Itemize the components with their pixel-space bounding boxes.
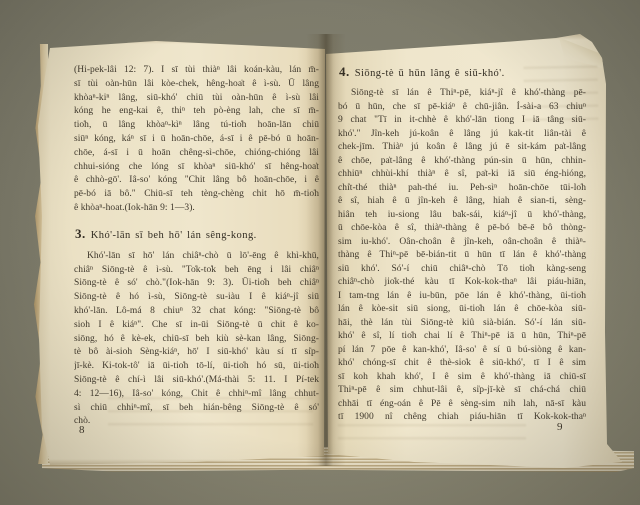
right-page-text: 4.Siōng-tè ū hūn lâng ê siū-khó'. Siōng-… (338, 63, 586, 425)
text-line: chò. (74, 415, 319, 429)
text-line: khó' ê sî, lí tio̍h chai lí ê Thiⁿ-pē iā… (338, 330, 586, 344)
text-line: siūⁿ kóng, káⁿ sī i ū hoān-chōe, á-sī i … (74, 133, 319, 147)
text-line: chek-jīm. Thiàⁿ jú koân ê lâng jú ē sit-… (338, 141, 586, 155)
paragraph: Khó'-lān sī hō' lán chiâⁿ-chò ū lō'-ēng … (74, 250, 319, 429)
text-line: khó'-lān. Lô-má 8 chiuⁿ 32 chat kóng: "S… (74, 305, 319, 319)
text-line: hiân teh iu-siong lâu ba̍k-sái, kiáⁿ-jî … (338, 209, 586, 223)
text-line: Khó'-lān sī hō' lán chiâⁿ-chò ū lō'-ēng … (74, 250, 319, 264)
text-line: tio̍h, ū lâng khòaⁿ-kìⁿ lâng tú-tio̍h ho… (74, 119, 319, 133)
text-line: Siōng-tè sī lán ê Thiⁿ-pē, kiáⁿ-jî ê khó… (338, 87, 586, 101)
text-line: kóng he eng-kai ê, thiⁿ teh pò-èng lah, … (74, 105, 319, 119)
section-number: 3. (75, 226, 86, 241)
text-line: chhiūⁿ chhùi-khí thiàⁿ ê sî, pa̍t-ki iā … (338, 168, 586, 182)
text-line: chiâⁿ Siōng-tè ê ì-sù. "To̍k-to̍k beh ēn… (74, 264, 319, 278)
text-line: tī 1900 nî chêng chiah piáu-hiān tī Kok-… (338, 411, 586, 425)
paragraph-continuation: (Hi-pek-lâi 12: 7). I sī tùi thiàⁿ lâi k… (74, 64, 319, 216)
text-line: chiâⁿ-chò jio̍k-thé kàu tī Kok-kok-thaⁿ … (338, 276, 586, 290)
text-line: 4: 12—16), Iâ-so' kóng, Chit ê chhiⁿ-mî … (74, 388, 319, 402)
text-line: sioh I ê kiáⁿ". Che sī in-ūi Siōng-tè ū … (74, 319, 319, 333)
section-number: 4. (339, 64, 350, 79)
section-title: Khó'-lān sī beh hō' lán sêng-kong. (91, 230, 257, 241)
text-line: lán ê kòe-sit siū siong, ūi-tio̍h lán ê … (338, 303, 586, 317)
page-number-left: 8 (79, 424, 85, 436)
page-number-right: 9 (557, 421, 563, 433)
text-line: ê sî, hiah ê ū jîn-keh ê lâng, hiah ê si… (338, 195, 586, 209)
text-line: chi̍t-thé thiàⁿ pah-thé iu. Peh-sìⁿ hoān… (338, 182, 586, 196)
text-line: ê khòaⁿ-hoat.(Iok-hān 9: 1—3). (74, 202, 319, 216)
text-line: tè bô ài-sioh Sèng-kiáⁿ, hō' I siū-khó' … (74, 346, 319, 360)
text-line: I tam-tng lán ê iu-būn, pōe lán ê khó'-t… (338, 290, 586, 304)
text-line: khó' chóng-sī chit ê thè-sio̍k ê siū-khó… (338, 357, 586, 371)
text-line: hāi, thè lán tùi Siōng-tè kiû sià-bián. … (338, 317, 586, 331)
text-line: Siōng-tè ê só' chò."(Iok-hān 9: 3). Ūi-t… (74, 277, 319, 291)
text-line: sim iu-khó'. Oân-choân ê jîn-keh, oân-ch… (338, 236, 586, 250)
text-line: jī-kè. Ki-tok-tô' iā ūi-tio̍h tō-lí, ūi-… (74, 360, 319, 374)
section-heading: 3.Khó'-lān sī beh hō' lán sêng-kong. (75, 225, 319, 243)
text-line: khòaⁿ-kiⁿ lâng, siū-khó' chiū tùi oàn-hū… (74, 92, 319, 106)
section-title: Siōng-tè ū hūn lâng ê siū-khó'. (355, 68, 505, 79)
text-line: pí lán 7 pōe ê kan-khó', Iâ-so' ê sí ū b… (338, 344, 586, 358)
paragraph: Siōng-tè sī lán ê Thiⁿ-pē, kiáⁿ-jî ê khó… (338, 87, 586, 425)
text-line: khó'." Jîn-keh jú-koân ê lâng jú kak-tit… (338, 128, 586, 142)
photo-of-open-book: (Hi-pek-lâi 12: 7). I sī tùi thiàⁿ lâi k… (0, 0, 640, 505)
text-line: chhui-sióng che lóng sī khòaⁿ siū-khó' s… (74, 161, 319, 175)
text-line: Siōng-tè ê chí-ì lâi siū-khó'.(Má-thài 5… (74, 374, 319, 388)
text-line: Thiⁿ-pē ê sim chhut-lâi ê, si̍p-jī-kè sī… (338, 384, 586, 398)
text-line: ê chōe, pa̍t-lâng ê khó'-thàng pún-sin ū… (338, 155, 586, 169)
text-line: ê chhò-gō'. Iâ-so' kóng "Chit lâng bô ho… (74, 174, 319, 188)
left-page-text: (Hi-pek-lâi 12: 7). I sī tùi thiàⁿ lâi k… (74, 64, 319, 429)
text-line: bó ū hūn, che sī pē-kiáⁿ ê chū-jiân. Í-s… (338, 101, 586, 115)
text-line: siū khó'. Só'-í chiū chiâⁿ-chò Tō tio̍h … (338, 263, 586, 277)
section-heading: 4.Siōng-tè ū hūn lâng ê siū-khó'. (339, 63, 586, 81)
text-line: pē-bó iā bô." Chiū-sī teh tèng-chèng chi… (74, 188, 319, 202)
text-line: sì chiū chhiⁿ-mî, sī beh hián-bêng Siōng… (74, 402, 319, 416)
text-line: chhāi tī éng-oán ê Pē ê sèng-sim nih lah… (338, 398, 586, 412)
text-line: thàng ê Thiⁿ-pē bē-bián-tit ū hūn tī lán… (338, 249, 586, 263)
text-line: 9 chat "Tī in it-chhè ê khó'-lān tiong I… (338, 114, 586, 128)
text-line: chōe, á-sī i ū hoān chêng-sì-chōe, chión… (74, 147, 319, 161)
text-line: (Hi-pek-lâi 12: 7). I sī tùi thiàⁿ lâi k… (74, 64, 319, 78)
text-line: ū chōe-kòa ê sî, thiàⁿ-thàng ê pē-bó bē-… (338, 222, 586, 236)
text-line: siōng, hó ê kè-ek, chiū-sī beh kiù sè-ka… (74, 333, 319, 347)
text-line: sī koh khah khó', I ê sim ê khó'-thàng i… (338, 371, 586, 385)
text-line: sī tùi oàn-hūn lâi kòe-chek, hêng-hoa̍t … (74, 78, 319, 92)
text-line: Siōng-tè ê hó ì-sù, Siōng-tè su-iàu I ê … (74, 291, 319, 305)
